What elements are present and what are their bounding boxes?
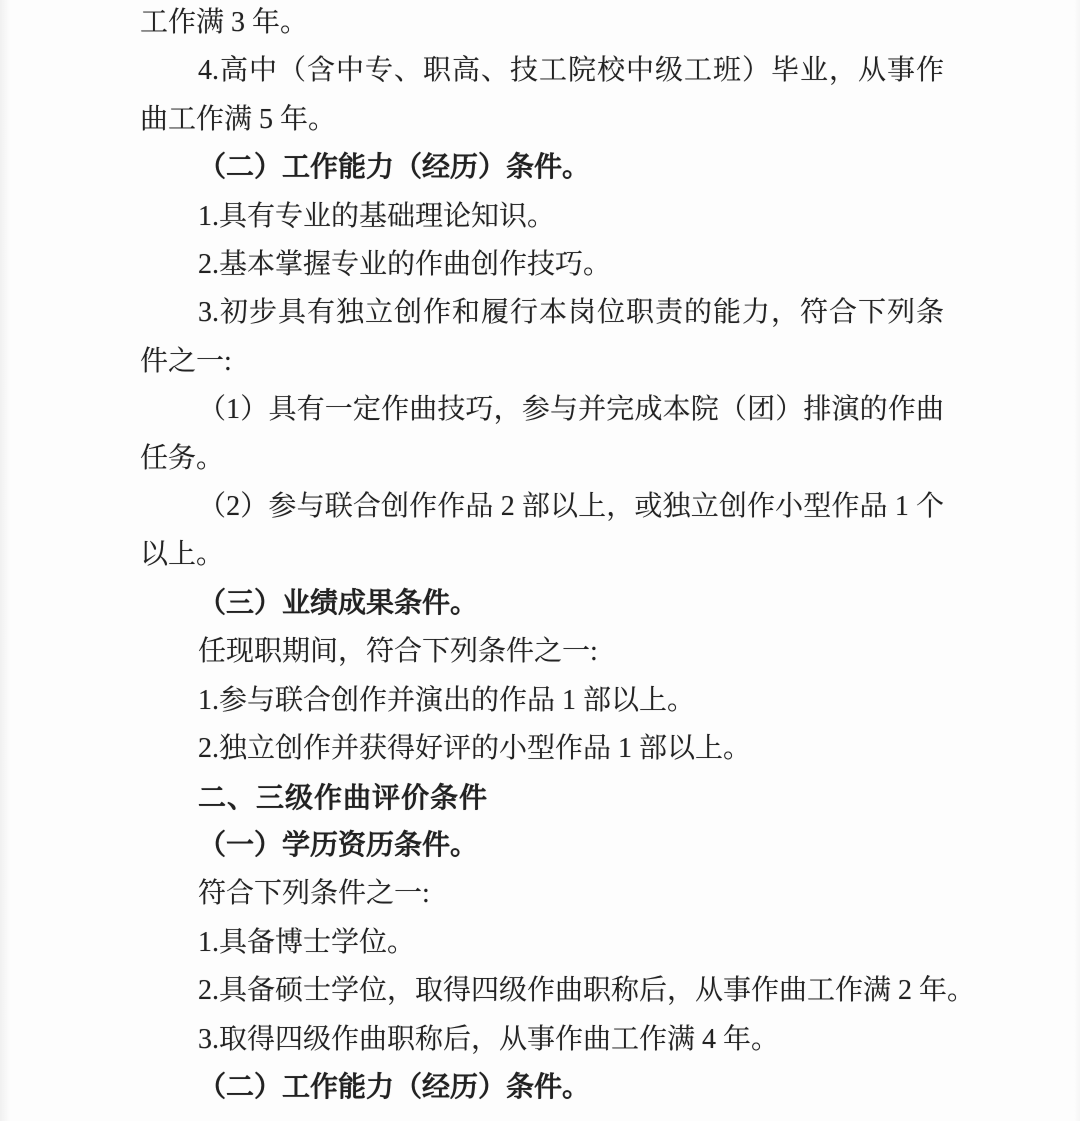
section-heading: （二）工作能力（经历）条件。 bbox=[140, 144, 944, 192]
document-text: 工作满 3 年。4.高中（含中专、职高、技工院校中级工班）毕业，从事作曲工作满 … bbox=[140, 0, 944, 1112]
body-paragraph: 2.具备硕士学位，取得四级作曲职称后，从事作曲工作满 2 年。 bbox=[140, 967, 944, 1015]
section-heading: （一）学历资历条件。 bbox=[140, 822, 944, 870]
section-heading: （二）工作能力（经历）条件。 bbox=[140, 1064, 944, 1112]
body-paragraph: 3.初步具有独立创作和履行本岗位职责的能力，符合下列条件之一: bbox=[140, 289, 944, 386]
body-paragraph: 符合下列条件之一: bbox=[140, 870, 944, 918]
body-paragraph: 2.基本掌握专业的作曲创作技巧。 bbox=[140, 241, 944, 289]
body-paragraph: （2）参与联合创作作品 2 部以上，或独立创作小型作品 1 个以上。 bbox=[140, 483, 944, 580]
body-paragraph: （1）具有一定作曲技巧，参与并完成本院（团）排演的作曲任务。 bbox=[140, 386, 944, 483]
body-paragraph: 1.具有专业的基础理论知识。 bbox=[140, 193, 944, 241]
body-paragraph: 4.高中（含中专、职高、技工院校中级工班）毕业，从事作曲工作满 5 年。 bbox=[140, 47, 944, 144]
section-heading: 二、三级作曲评价条件 bbox=[140, 774, 944, 822]
body-paragraph: 任现职期间，符合下列条件之一: bbox=[140, 628, 944, 676]
body-paragraph: 工作满 3 年。 bbox=[140, 0, 944, 47]
body-paragraph: 2.独立创作并获得好评的小型作品 1 部以上。 bbox=[140, 725, 944, 773]
section-heading: （三）业绩成果条件。 bbox=[140, 580, 944, 628]
body-paragraph: 3.取得四级作曲职称后，从事作曲工作满 4 年。 bbox=[140, 1016, 944, 1064]
body-paragraph: 1.参与联合创作并演出的作品 1 部以上。 bbox=[140, 677, 944, 725]
document-page: 工作满 3 年。4.高中（含中专、职高、技工院校中级工班）毕业，从事作曲工作满 … bbox=[0, 0, 1080, 1121]
body-paragraph: 1.具备博士学位。 bbox=[140, 919, 944, 967]
